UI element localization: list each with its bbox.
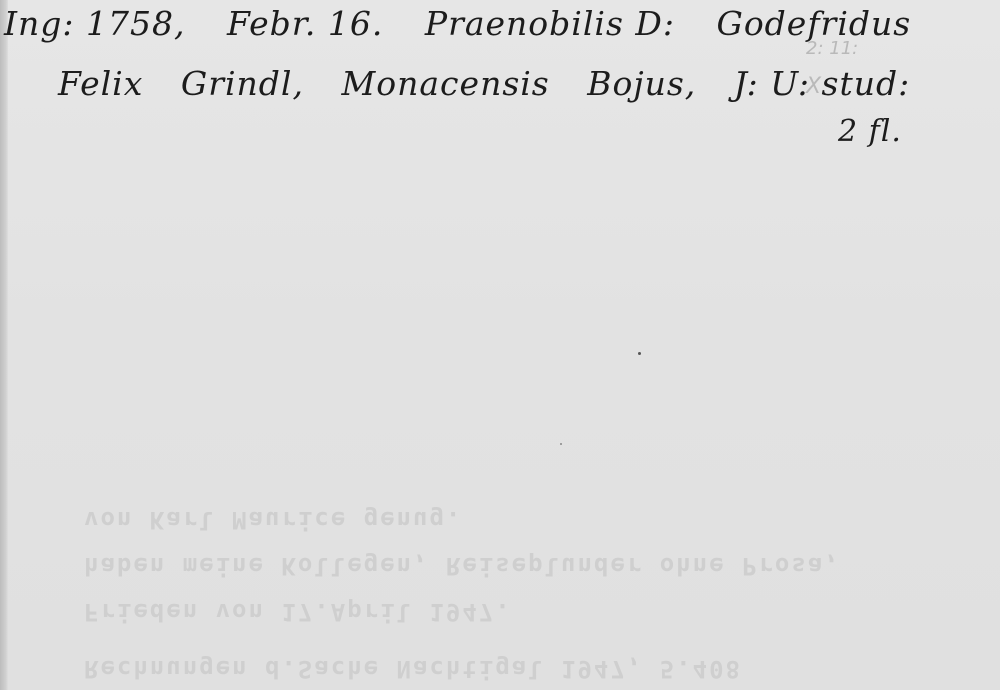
matriculation-date: Febr. 16. <box>227 4 383 43</box>
show-through-line-3: Frieden von 17.April 1947. <box>84 598 512 626</box>
origin-city: Monacensis <box>341 64 549 103</box>
field-of-study: J: U: stud: <box>734 64 910 103</box>
matriculation-date-prefix: Ing: 1758, <box>4 4 186 43</box>
paper-speck <box>638 352 641 355</box>
show-through-line-4: Rechnungen d.Sache Nachtigal 1947, 5.408 <box>84 655 742 683</box>
handwritten-line-2: Felix Grindl, Monacensis Bojus, J: U: st… <box>58 64 936 103</box>
title-honorific: Praenobilis D: <box>425 4 675 43</box>
card-left-edge <box>0 0 8 690</box>
origin-region: Bojus, <box>587 64 696 103</box>
archive-card: Ing: 1758, Febr. 16. Praenobilis D: Gode… <box>0 0 1000 690</box>
fee-amount: 2 fl. <box>838 114 902 149</box>
middle-name: Felix <box>58 64 143 103</box>
surname: Grindl, <box>181 64 304 103</box>
handwritten-line-1: Ing: 1758, Febr. 16. Praenobilis D: Gode… <box>4 4 941 43</box>
pencil-mark: X <box>806 74 821 99</box>
show-through-line-1: von Karl Maurice genug. <box>84 506 462 534</box>
show-through-line-2: haben meine Kollegen, Reiseplunder ohne … <box>84 552 841 580</box>
paper-speck <box>560 443 562 445</box>
pencil-annotation: 2: 11: <box>806 38 858 59</box>
